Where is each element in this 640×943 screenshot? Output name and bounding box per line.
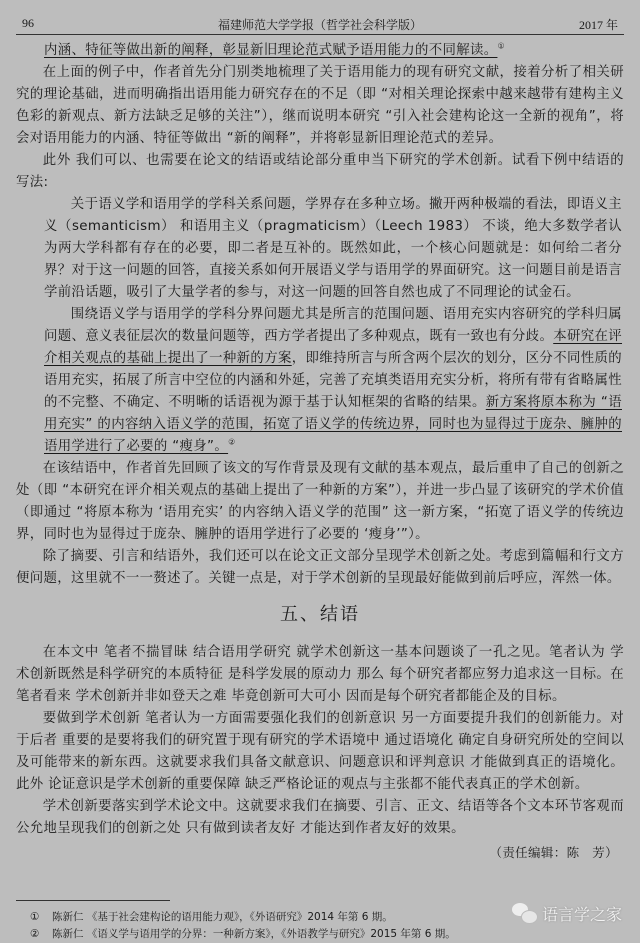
footnote-ref-2[interactable]: ② (228, 438, 236, 447)
footnote-item: ②陈新仁 《语义学与语用学的分界：一种新方案》，《外语教学与研究》2015 年第… (30, 926, 456, 943)
journal-title: 福建师范大学学报（哲学社会科学版） (16, 16, 624, 33)
paragraph: 除了摘要、引言和结语外，我们还可以在论文正文部分呈现学术创新之处。考虑到篇幅和行… (16, 546, 624, 590)
footnote-item: ①陈新仁 《基于社会建构论的语用能力观》，《外语研究》2014 年第 6 期。 (30, 909, 456, 926)
paragraph: 要做到学术创新 笔者认为一方面需要强化我们的创新意识 另一方面要提升我们的创新能… (16, 708, 624, 796)
quote-continuation: 内涵、特征等做出新的阐释，彰显新旧理论范式赋予语用能力的不同解读。① (16, 40, 624, 62)
publication-year: 2017 年 (579, 16, 618, 33)
responsible-editor: （责任编辑：陈 芳） (16, 842, 624, 864)
footnotes: ①陈新仁 《基于社会建构论的语用能力观》，《外语研究》2014 年第 6 期。 … (30, 909, 456, 943)
quote-paragraph: 关于语义学和语用学的学科关系问题，学界存在多种立场。撇开两种极端的看法，即语义主… (16, 194, 624, 304)
paragraph: 此外 我们可以、也需要在论文的结语或结论部分重申当下研究的学术创新。试看下例中结… (16, 150, 624, 194)
paragraph: 学术创新要落实到学术论文中。这就要求我们在摘要、引言、正文、结语等各个文本环节客… (16, 796, 624, 840)
paragraph: 在上面的例子中，作者首先分门别类地梳理了关于语用能力的现有研究文献，接着分析了相… (16, 62, 624, 150)
paragraph: 在本文中 笔者不揣冒昧 结合语用学研究 就学术创新这一基本问题谈了一孔之见。笔者… (16, 642, 624, 708)
footnote-divider (16, 900, 170, 901)
quote-paragraph: 围绕语义学与语用学的学科分界问题尤其是所言的范围问题、语用充实内容研究的学科归属… (16, 304, 624, 458)
watermark: 语言学之家 (512, 902, 622, 925)
paragraph: 在该结语中，作者首先回顾了该文的写作背景及现有文献的基本观点，最后重申了自己的创… (16, 458, 624, 546)
footnote-ref-1[interactable]: ① (497, 42, 505, 51)
underlined-text: 内涵、特征等做出新的阐释，彰显新旧理论范式赋予语用能力的不同解读。 (44, 43, 497, 58)
watermark-text: 语言学之家 (542, 902, 622, 925)
wechat-icon (512, 903, 538, 925)
section-heading: 五、结语 (16, 604, 624, 626)
article-body: 内涵、特征等做出新的阐释，彰显新旧理论范式赋予语用能力的不同解读。① 在上面的例… (16, 40, 624, 864)
page-header: 96 福建师范大学学报（哲学社会科学版） 2017 年 (16, 10, 624, 35)
